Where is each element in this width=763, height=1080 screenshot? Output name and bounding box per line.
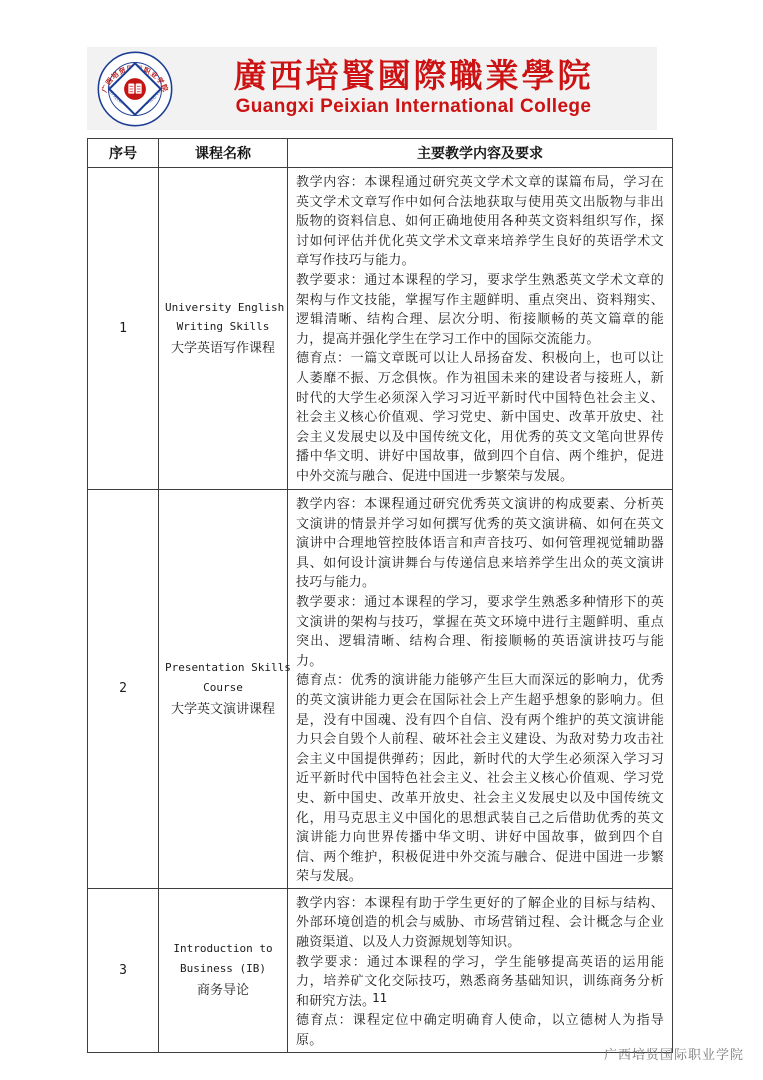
- content-paragraph: 德育点：优秀的演讲能力能够产生巨大而深远的影响力，优秀的英文演讲能力更会在国际社…: [296, 670, 664, 886]
- row-number-cell: 1: [88, 168, 159, 490]
- course-content-cell: 教学内容：本课程通过研究英文学术文章的谋篇布局，学习在英文学术文章写作中如何合法…: [288, 168, 673, 490]
- course-content-cell: 教学内容：本课程有助于学生更好的了解企业的目标与结构、外部环境创造的机会与威胁、…: [288, 888, 673, 1052]
- row-number-cell: 3: [88, 888, 159, 1052]
- course-name-cell: Introduction toBusiness (IB)商务导论: [159, 888, 288, 1052]
- content-paragraph: 教学要求：通过本课程的学习，要求学生熟悉多种情形下的英文演讲的架构与技巧，掌握在…: [296, 592, 664, 670]
- content-paragraph: 教学内容：本课程通过研究优秀英文演讲的构成要素、分析英文演讲的情景并学习如何撰写…: [296, 494, 664, 592]
- course-name-en-line: Business (IB): [165, 959, 281, 979]
- college-name-zh: 廣西培賢國際職業學院: [174, 59, 653, 96]
- course-name-en-line: Presentation Skills: [165, 658, 281, 678]
- college-header-band: 广西培贤国际职业学院 GUANGXI PEIXIAN INTERNATIONAL…: [87, 47, 657, 130]
- column-header-content: 主要教学内容及要求: [288, 139, 673, 168]
- table-header-row: 序号 课程名称 主要教学内容及要求: [88, 139, 673, 168]
- content-paragraph: 教学内容：本课程通过研究英文学术文章的谋篇布局，学习在英文学术文章写作中如何合法…: [296, 172, 664, 270]
- course-content-cell: 教学内容：本课程通过研究优秀英文演讲的构成要素、分析英文演讲的情景并学习如何撰写…: [288, 490, 673, 889]
- college-seal-logo: 广西培贤国际职业学院 GUANGXI PEIXIAN INTERNATIONAL…: [96, 50, 174, 128]
- course-table-body: 1University EnglishWriting Skills大学英语写作课…: [88, 168, 673, 1053]
- course-name-cell: University EnglishWriting Skills大学英语写作课程: [159, 168, 288, 490]
- page-number: 11: [87, 990, 672, 1005]
- course-name-zh: 大学英语写作课程: [165, 337, 281, 359]
- course-name-en-line: University English: [165, 298, 281, 318]
- course-row: 1University EnglishWriting Skills大学英语写作课…: [88, 168, 673, 490]
- content-paragraph: 教学内容：本课程有助于学生更好的了解企业的目标与结构、外部环境创造的机会与威胁、…: [296, 893, 664, 952]
- column-header-course-name: 课程名称: [159, 139, 288, 168]
- logo-center-circle: [124, 78, 146, 100]
- watermark-text: 广西培贤国际职业学院: [604, 1044, 744, 1063]
- course-table: 序号 课程名称 主要教学内容及要求 1University EnglishWri…: [87, 138, 673, 1053]
- course-name-cell: Presentation SkillsCourse大学英文演讲课程: [159, 490, 288, 889]
- course-name-en-line: Introduction to: [165, 939, 281, 959]
- college-titles: 廣西培賢國際職業學院 Guangxi Peixian International…: [174, 59, 657, 118]
- content-paragraph: 德育点：一篇文章既可以让人昂扬奋发、积极向上，也可以让人萎靡不振、万念俱恢。作为…: [296, 348, 664, 485]
- course-row: 3Introduction toBusiness (IB)商务导论教学内容：本课…: [88, 888, 673, 1052]
- college-name-en: Guangxi Peixian International College: [174, 96, 653, 118]
- course-row: 2Presentation SkillsCourse大学英文演讲课程教学内容：本…: [88, 490, 673, 889]
- course-name-zh: 大学英文演讲课程: [165, 698, 281, 720]
- content-paragraph: 教学要求：通过本课程的学习，要求学生熟悉英文学术文章的架构与作文技能，掌握写作主…: [296, 270, 664, 348]
- course-name-en-line: Writing Skills: [165, 317, 281, 337]
- course-name-en-line: Course: [165, 678, 281, 698]
- row-number-cell: 2: [88, 490, 159, 889]
- column-header-number: 序号: [88, 139, 159, 168]
